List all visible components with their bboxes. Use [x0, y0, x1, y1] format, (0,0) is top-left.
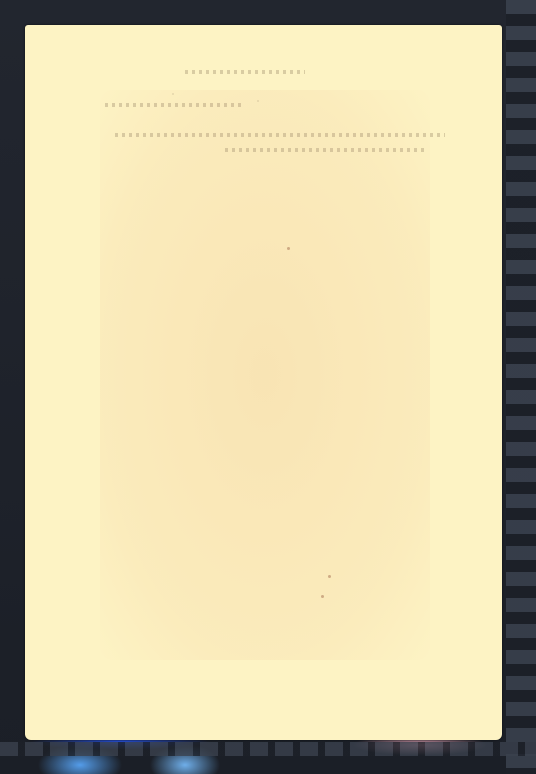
card-back [25, 25, 502, 740]
faded-showthrough-print [105, 45, 445, 185]
holder-rail-bottom [0, 742, 536, 756]
speck [287, 247, 290, 250]
ghost-text-line [105, 103, 245, 107]
ghost-text-line [115, 133, 445, 137]
ghost-text-line [185, 70, 305, 74]
speck [321, 595, 324, 598]
speck [328, 575, 331, 578]
ghost-text-line [225, 148, 425, 152]
holder-rail-right [506, 0, 536, 774]
